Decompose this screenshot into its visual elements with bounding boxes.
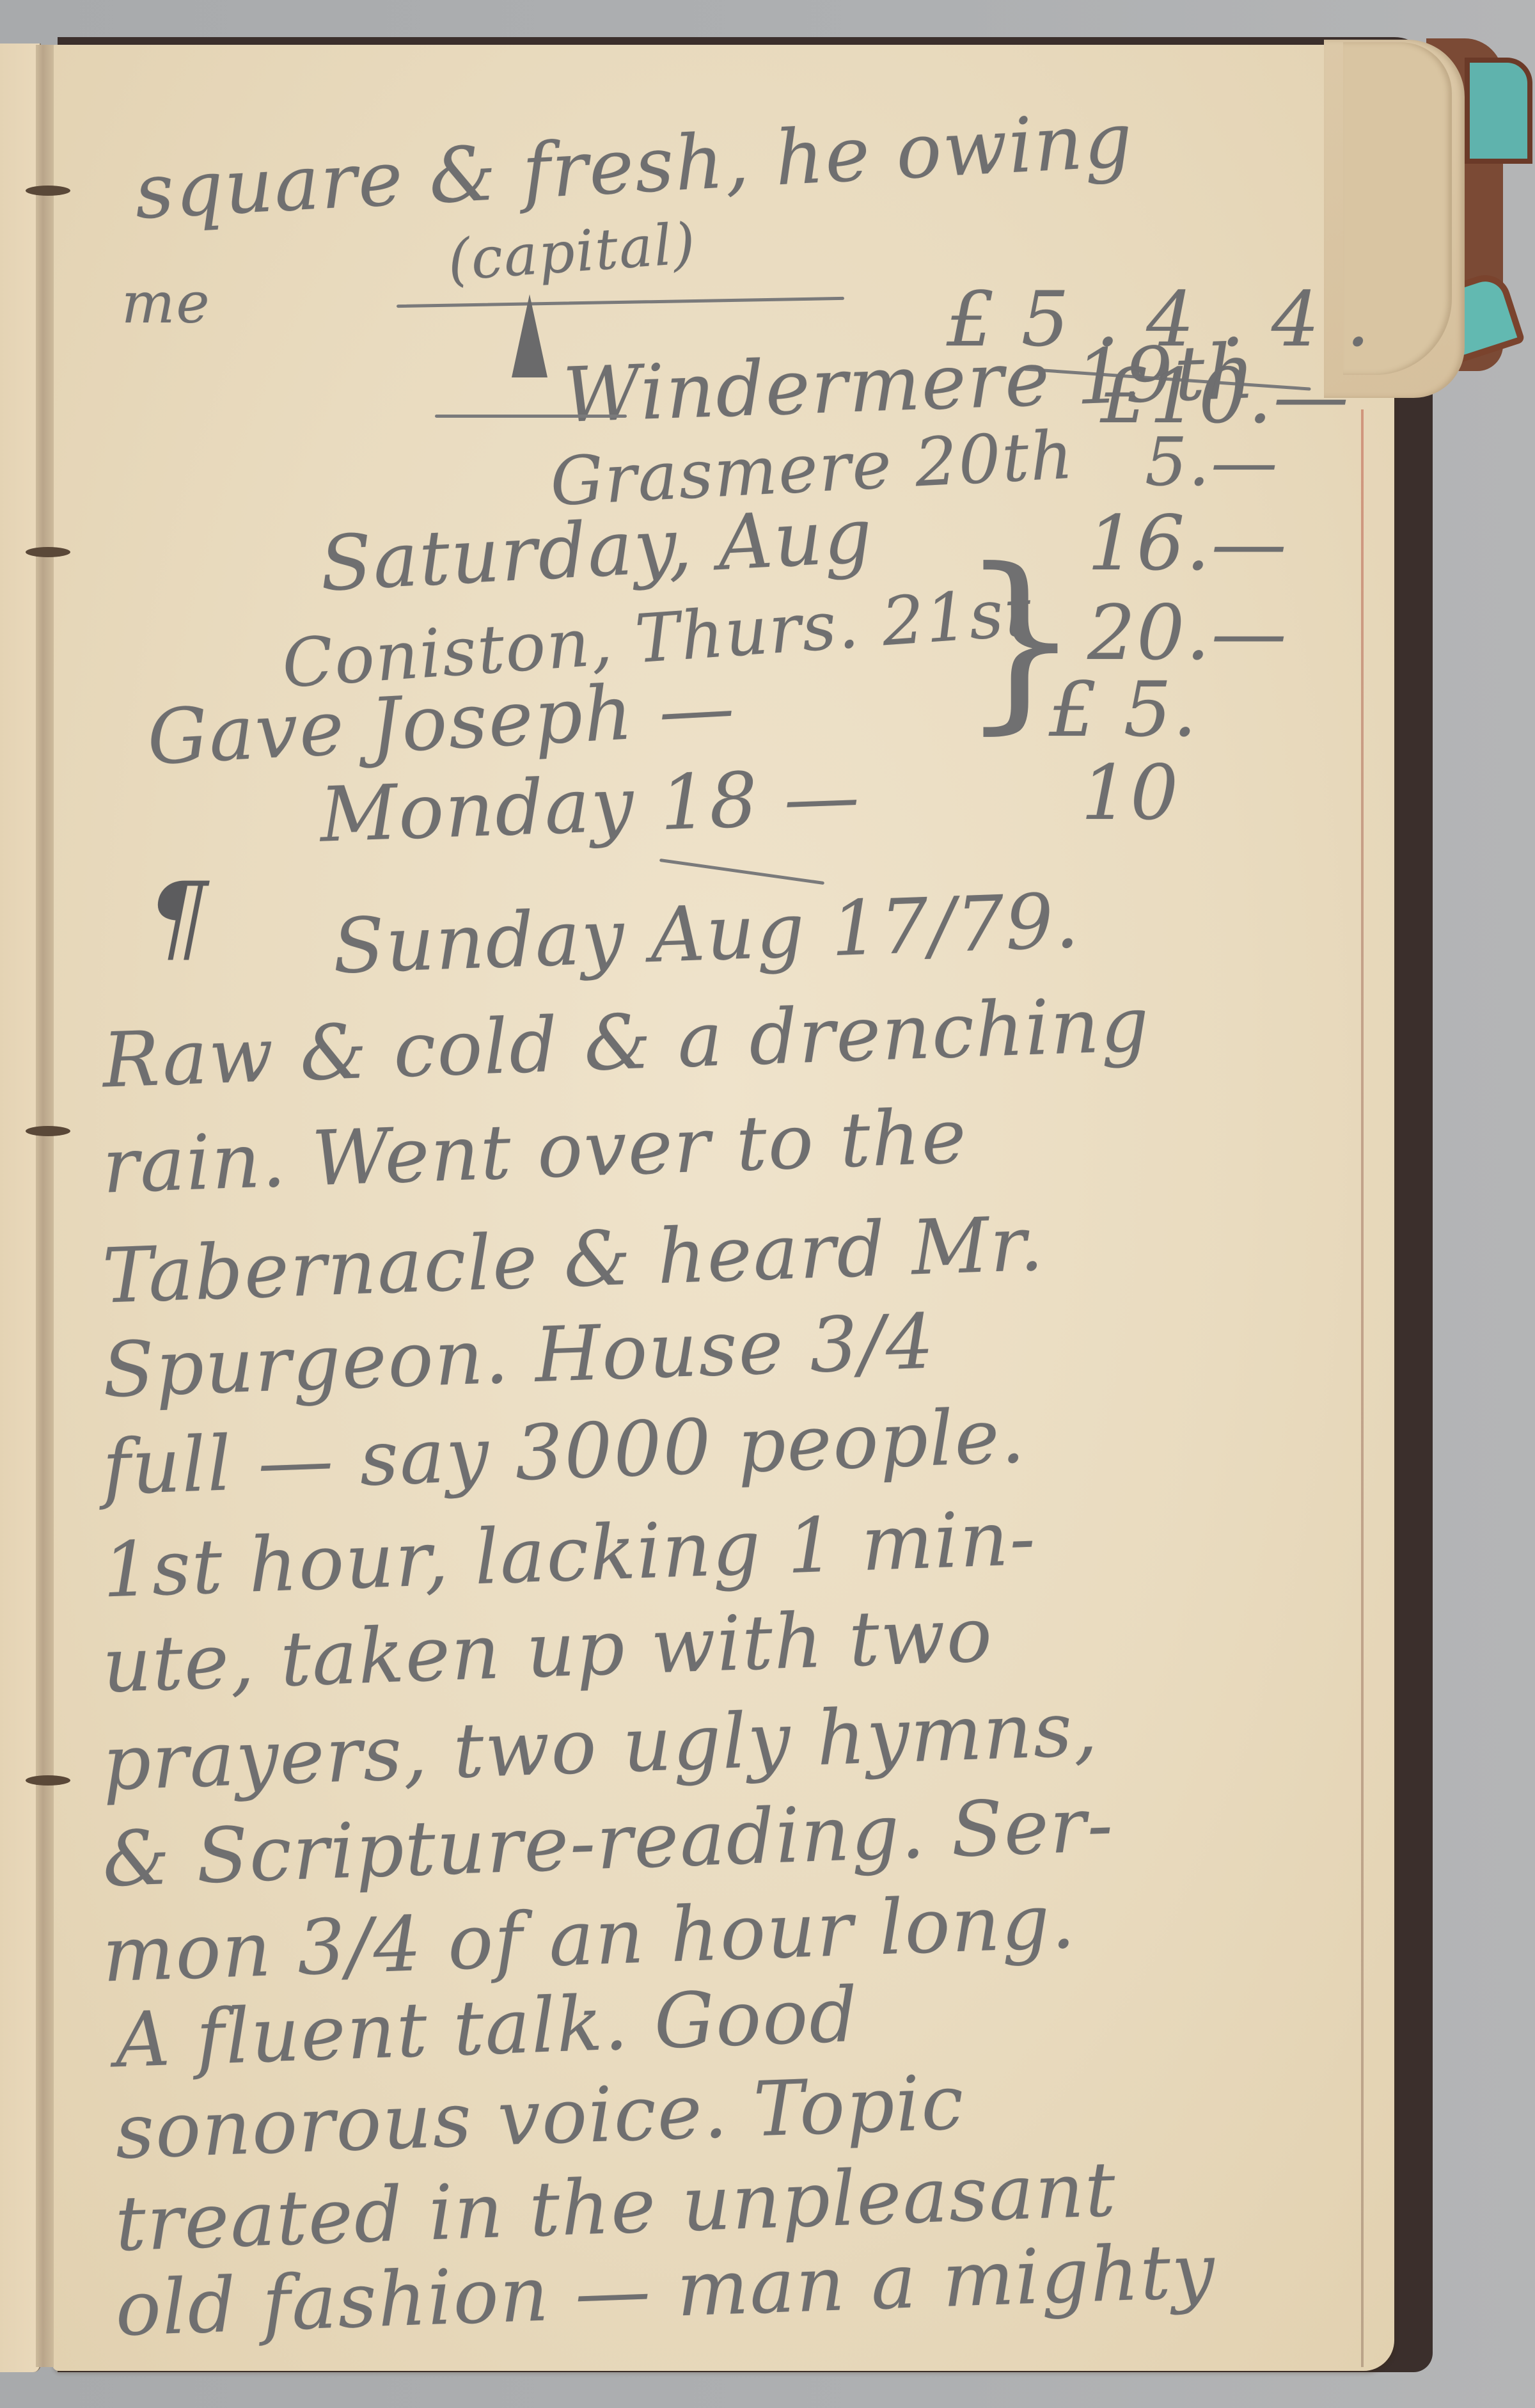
binding-stitch-hole [26, 547, 70, 557]
ledger-entry-amount: 10 [1081, 755, 1179, 830]
ledger-rule [435, 415, 627, 418]
cover-teal-endpaper-top [1465, 58, 1532, 164]
caret-arrow-icon [512, 294, 547, 377]
binding-stitch-hole [26, 1775, 70, 1786]
ledger-entry-label: Monday 18 — [319, 758, 862, 852]
capital-note: (capital) [446, 216, 698, 289]
ledger-entry-amount: 20.— [1087, 595, 1288, 670]
binding-stitch-hole [26, 1126, 70, 1136]
ledger-line-2-left: me [122, 275, 211, 331]
ledger-entry-amount: 5.— [1145, 429, 1279, 495]
red-margin-rule [1361, 409, 1364, 2367]
binding-stitch-hole [26, 186, 70, 196]
paragraph-mark-icon: ¶ [147, 870, 209, 966]
previous-page-edge [0, 44, 41, 2372]
binding-gutter [36, 45, 54, 2367]
ledger-entry-amount: £ 5. [1049, 672, 1198, 747]
ledger-entry-amount: 16.— [1087, 505, 1288, 581]
